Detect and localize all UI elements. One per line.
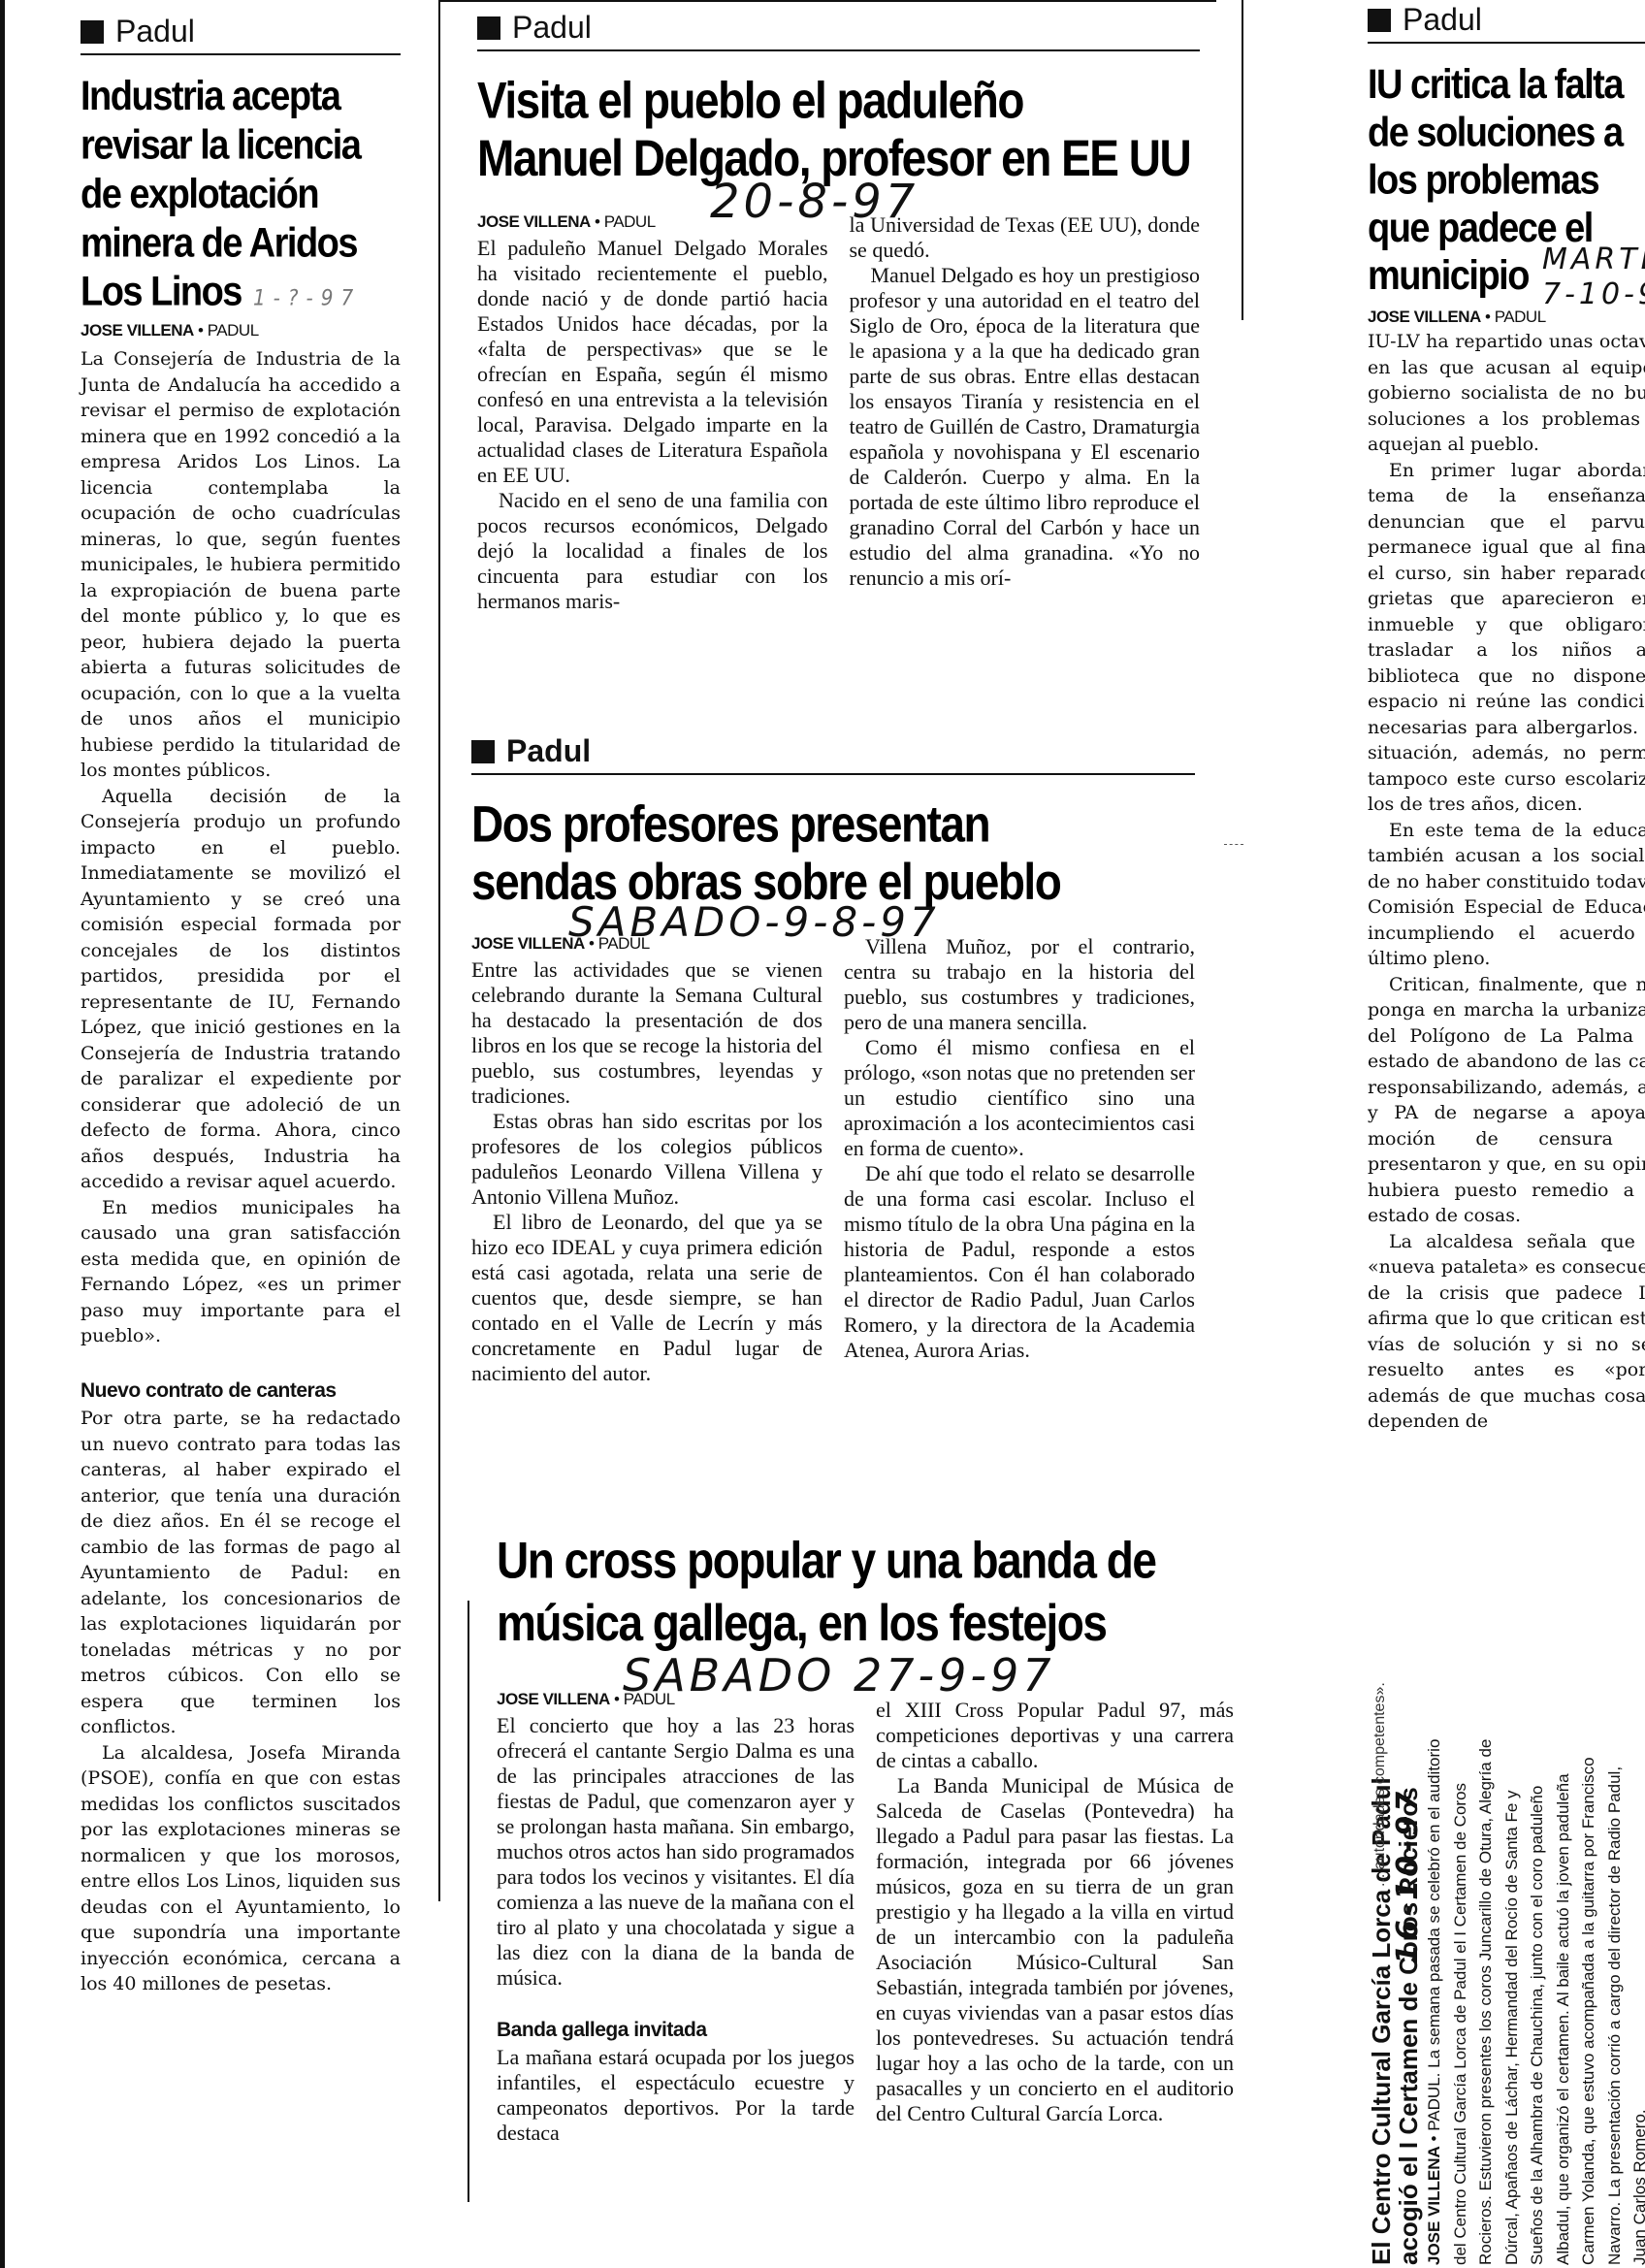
article-body-col1: Entre las actividades que se vienen cele…: [471, 957, 822, 1386]
headline: Industria acepta revisar la licencia de …: [81, 73, 401, 323]
section-label: Padul: [115, 14, 195, 49]
byline: JOSE VILLENA • PADUL: [81, 321, 401, 340]
section-header: Padul: [1368, 2, 1645, 44]
column-divider-a4-left: [468, 1601, 469, 2202]
column-divider-left: [0, 0, 5, 2268]
article-body-col1: El concierto que hoy a las 23 horas ofre…: [497, 1713, 855, 2146]
article-iu-critica-viewport: Padul IU critica la falta de soluciones …: [1368, 0, 1645, 1591]
article-industria: Padul Industria acepta revisar la licenc…: [81, 14, 401, 1997]
handwritten-date: 20-8-97: [710, 175, 919, 229]
headline: Visita el pueblo el paduleño Manuel Delg…: [477, 71, 1200, 187]
square-bullet-icon: [471, 740, 495, 763]
column-divider-a1-a2: [438, 0, 440, 1901]
article-body-col2: la Universidad de Texas (EE UU), donde s…: [850, 212, 1201, 591]
handwritten-date: SABADO-9-8-97: [568, 898, 940, 946]
square-bullet-icon: [81, 20, 104, 44]
article-body-col1: El paduleño Manuel Delgado Morales ha vi…: [477, 236, 828, 614]
column-divider-a2-right: [1242, 0, 1243, 320]
section-header: Padul: [471, 733, 1195, 775]
article-body: JOSE VILLENA • PADUL. La semana pasada s…: [1422, 1739, 1645, 2265]
handwritten-date: MARTES 7-10-97: [1542, 243, 1645, 312]
cut-line: [1224, 844, 1243, 845]
handwritten-date: 1-?-97: [253, 284, 361, 310]
article-coros-rocieros-viewport: El Centro Cultural García Lorca de Padul…: [1362, 1596, 1645, 2268]
section-header: Padul: [81, 14, 401, 55]
headline: Un cross popular y una banda de música g…: [497, 1540, 1234, 1654]
column-divider-top: [440, 0, 1216, 2]
section-label: Padul: [506, 733, 591, 769]
square-bullet-icon: [1368, 9, 1391, 32]
article-body: La Consejería de Industria de la Junta d…: [81, 346, 401, 1997]
trailing-fragment-rotated: ... autoridades competentes».: [1368, 1682, 1394, 1887]
article-body: IU-LV ha repartido unas octavillas en la…: [1368, 329, 1645, 1435]
section-header: Padul: [477, 10, 1200, 51]
subheading: Banda gallega invitada: [497, 2018, 855, 2043]
section-label: Padul: [512, 10, 592, 46]
article-iu-critica: Padul IU critica la falta de soluciones …: [1368, 2, 1645, 1435]
square-bullet-icon: [477, 16, 500, 40]
article-dos-profesores: Padul Dos profesores presentan sendas ob…: [471, 733, 1195, 1386]
handwritten-date: SABADO 27-9-97: [623, 1649, 1054, 1701]
headline: Dos profesores presentan sendas obras so…: [471, 794, 1195, 911]
handwritten-date-rotated: 16-10-97: [1391, 1788, 1425, 1964]
article-body-col2: Villena Muñoz, por el contrario, centra …: [844, 934, 1195, 1363]
section-label: Padul: [1403, 2, 1482, 38]
subheading: Nuevo contrato de canteras: [81, 1378, 401, 1405]
article-body-col2: el XIII Cross Popular Padul 97, más comp…: [876, 1698, 1234, 2126]
article-cross-popular: Un cross popular y una banda de música g…: [497, 1540, 1234, 2268]
byline-author: JOSE VILLENA: [1425, 2146, 1443, 2265]
article-manuel-delgado: Padul Visita el pueblo el paduleño Manue…: [477, 10, 1200, 614]
